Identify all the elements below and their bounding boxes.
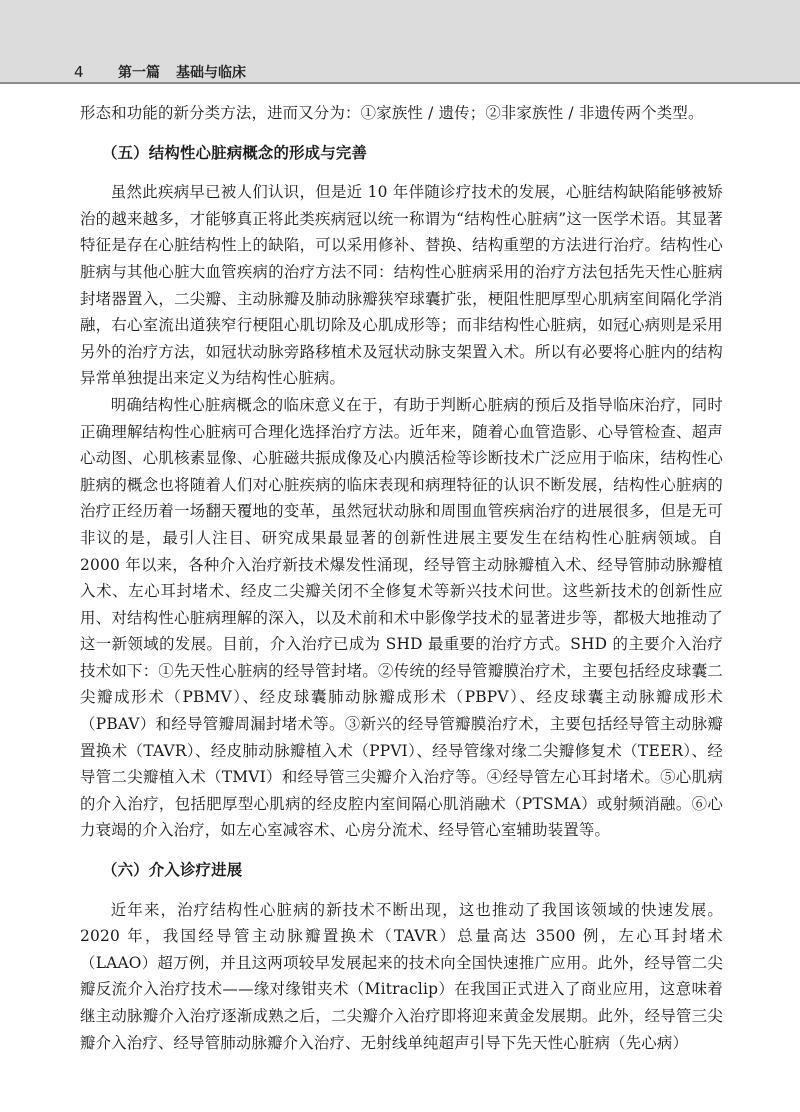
- part-subtitle: 基础与临床: [176, 62, 246, 82]
- running-header-text: 4 第一篇 基础与临床: [74, 62, 246, 82]
- paragraph: 近年来，治疗结构性心脏病的新技术不断出现，这也推动了我国该领域的快速发展。202…: [80, 897, 723, 1057]
- part-title: 第一篇: [118, 62, 160, 82]
- section-heading-5: （五）结构性心脏病概念的形成与完善: [102, 140, 723, 167]
- paragraph: 虽然此疾病早已被人们认识，但是近 10 年伴随诊疗技术的发展，心脏结构缺陷能够被…: [80, 179, 723, 392]
- section-heading-6: （六）介入诊疗进展: [102, 857, 723, 884]
- page-number: 4: [74, 63, 118, 81]
- continued-paragraph: 形态和功能的新分类方法，进而又分为：①家族性 / 遗传；②非家族性 / 非遗传两…: [80, 100, 723, 127]
- page-body: 形态和功能的新分类方法，进而又分为：①家族性 / 遗传；②非家族性 / 非遗传两…: [80, 100, 723, 1056]
- running-header: 4 第一篇 基础与临床: [0, 0, 800, 84]
- paragraph: 明确结构性心脏病概念的临床意义在于，有助于判断心脏病的预后及指导临床治疗，同时正…: [80, 392, 723, 844]
